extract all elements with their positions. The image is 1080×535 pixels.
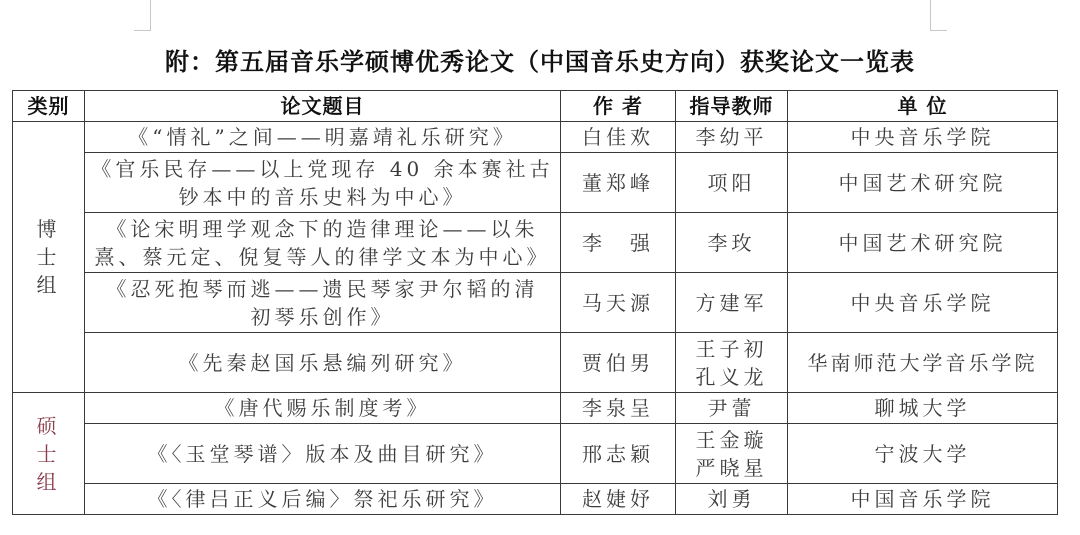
category-char: 组 (17, 468, 80, 496)
author-cell: 李 强 (561, 213, 676, 273)
advisor-name: 王子初 (680, 335, 783, 363)
author-cell: 董郑峰 (561, 153, 676, 213)
title-line: 钞本中的音乐史料为中心》 (89, 183, 556, 211)
thesis-title-cell: 《〈玉堂琴谱〉版本及曲目研究》 (85, 424, 561, 484)
category-char: 士 (17, 440, 80, 468)
page-corner-mark-left (134, 0, 151, 31)
advisor-name: 孔义龙 (680, 363, 783, 391)
page-corner-mark-right (930, 0, 947, 31)
thesis-title-cell: 《官乐民存——以上党现存 40 余本赛社古 钞本中的音乐史料为中心》 (85, 153, 561, 213)
document-title: 附：第五届音乐学硕博优秀论文（中国音乐史方向）获奖论文一览表 (0, 42, 1080, 77)
thesis-title-cell: 《“情礼”之间——明嘉靖礼乐研究》 (85, 122, 561, 153)
table-row: 《〈律吕正义后编〉祭祀乐研究》 赵婕妤 刘勇 中国音乐学院 (13, 484, 1058, 515)
thesis-title-cell: 《先秦赵国乐悬编列研究》 (85, 333, 561, 393)
category-char: 博 (17, 215, 80, 243)
thesis-title-cell: 《忍死抱琴而逃——遗民琴家尹尔韬的清 初琴乐创作》 (85, 273, 561, 333)
category-cell-masters: 硕 士 组 (13, 393, 85, 515)
author-cell: 邢志颖 (561, 424, 676, 484)
table-row: 硕 士 组 《唐代赐乐制度考》 李泉呈 尹蕾 聊城大学 (13, 393, 1058, 424)
advisor-cell: 项阳 (676, 153, 788, 213)
table-row: 《论宋明理学观念下的造律理论——以朱 熹、蔡元定、倪复等人的律学文本为中心》 李… (13, 213, 1058, 273)
table-row: 《〈玉堂琴谱〉版本及曲目研究》 邢志颖 王金璇 严晓星 宁波大学 (13, 424, 1058, 484)
advisor-cell: 王金璇 严晓星 (676, 424, 788, 484)
awards-table: 类别 论文题目 作 者 指导教师 单 位 博 士 组 《“情礼”之间——明嘉靖礼… (12, 90, 1058, 515)
table-row: 《忍死抱琴而逃——遗民琴家尹尔韬的清 初琴乐创作》 马天源 方建军 中央音乐学院 (13, 273, 1058, 333)
thesis-title-cell: 《唐代赐乐制度考》 (85, 393, 561, 424)
advisor-cell: 王子初 孔义龙 (676, 333, 788, 393)
advisor-cell: 尹蕾 (676, 393, 788, 424)
author-cell: 马天源 (561, 273, 676, 333)
author-cell: 白佳欢 (561, 122, 676, 153)
table-row: 《官乐民存——以上党现存 40 余本赛社古 钞本中的音乐史料为中心》 董郑峰 项… (13, 153, 1058, 213)
title-line: 《论宋明理学观念下的造律理论——以朱 (89, 215, 556, 243)
author-cell: 李泉呈 (561, 393, 676, 424)
author-cell: 贾伯男 (561, 333, 676, 393)
advisor-name: 严晓星 (680, 454, 783, 482)
header-thesis-title: 论文题目 (85, 91, 561, 122)
advisor-cell: 李玫 (676, 213, 788, 273)
header-category: 类别 (13, 91, 85, 122)
title-line: 《〈玉堂琴谱〉版本及曲目研究》 (89, 440, 556, 468)
category-char: 硕 (17, 412, 80, 440)
table-header-row: 类别 论文题目 作 者 指导教师 单 位 (13, 91, 1058, 122)
institution-cell: 中国艺术研究院 (788, 213, 1058, 273)
institution-cell: 中央音乐学院 (788, 122, 1058, 153)
advisor-cell: 刘勇 (676, 484, 788, 515)
title-line: 《“情礼”之间——明嘉靖礼乐研究》 (89, 123, 556, 151)
title-line: 熹、蔡元定、倪复等人的律学文本为中心》 (89, 243, 556, 271)
category-cell-doctoral: 博 士 组 (13, 122, 85, 393)
institution-cell: 宁波大学 (788, 424, 1058, 484)
header-author: 作 者 (561, 91, 676, 122)
advisor-cell: 方建军 (676, 273, 788, 333)
title-line: 《官乐民存——以上党现存 40 余本赛社古 (89, 155, 556, 183)
title-line: 《〈律吕正义后编〉祭祀乐研究》 (89, 485, 556, 513)
title-line: 《唐代赐乐制度考》 (89, 394, 556, 422)
header-advisor: 指导教师 (676, 91, 788, 122)
thesis-title-cell: 《论宋明理学观念下的造律理论——以朱 熹、蔡元定、倪复等人的律学文本为中心》 (85, 213, 561, 273)
institution-cell: 聊城大学 (788, 393, 1058, 424)
table-row: 《先秦赵国乐悬编列研究》 贾伯男 王子初 孔义龙 华南师范大学音乐学院 (13, 333, 1058, 393)
title-line: 《先秦赵国乐悬编列研究》 (89, 349, 556, 377)
thesis-title-cell: 《〈律吕正义后编〉祭祀乐研究》 (85, 484, 561, 515)
author-cell: 赵婕妤 (561, 484, 676, 515)
institution-cell: 中央音乐学院 (788, 273, 1058, 333)
advisor-cell: 李幼平 (676, 122, 788, 153)
category-char: 组 (17, 271, 80, 299)
title-line: 《忍死抱琴而逃——遗民琴家尹尔韬的清 (89, 275, 556, 303)
institution-cell: 中国艺术研究院 (788, 153, 1058, 213)
header-institution: 单 位 (788, 91, 1058, 122)
institution-cell: 中国音乐学院 (788, 484, 1058, 515)
category-char: 士 (17, 243, 80, 271)
table-row: 博 士 组 《“情礼”之间——明嘉靖礼乐研究》 白佳欢 李幼平 中央音乐学院 (13, 122, 1058, 153)
institution-cell: 华南师范大学音乐学院 (788, 333, 1058, 393)
title-line: 初琴乐创作》 (89, 303, 556, 331)
advisor-name: 王金璇 (680, 426, 783, 454)
